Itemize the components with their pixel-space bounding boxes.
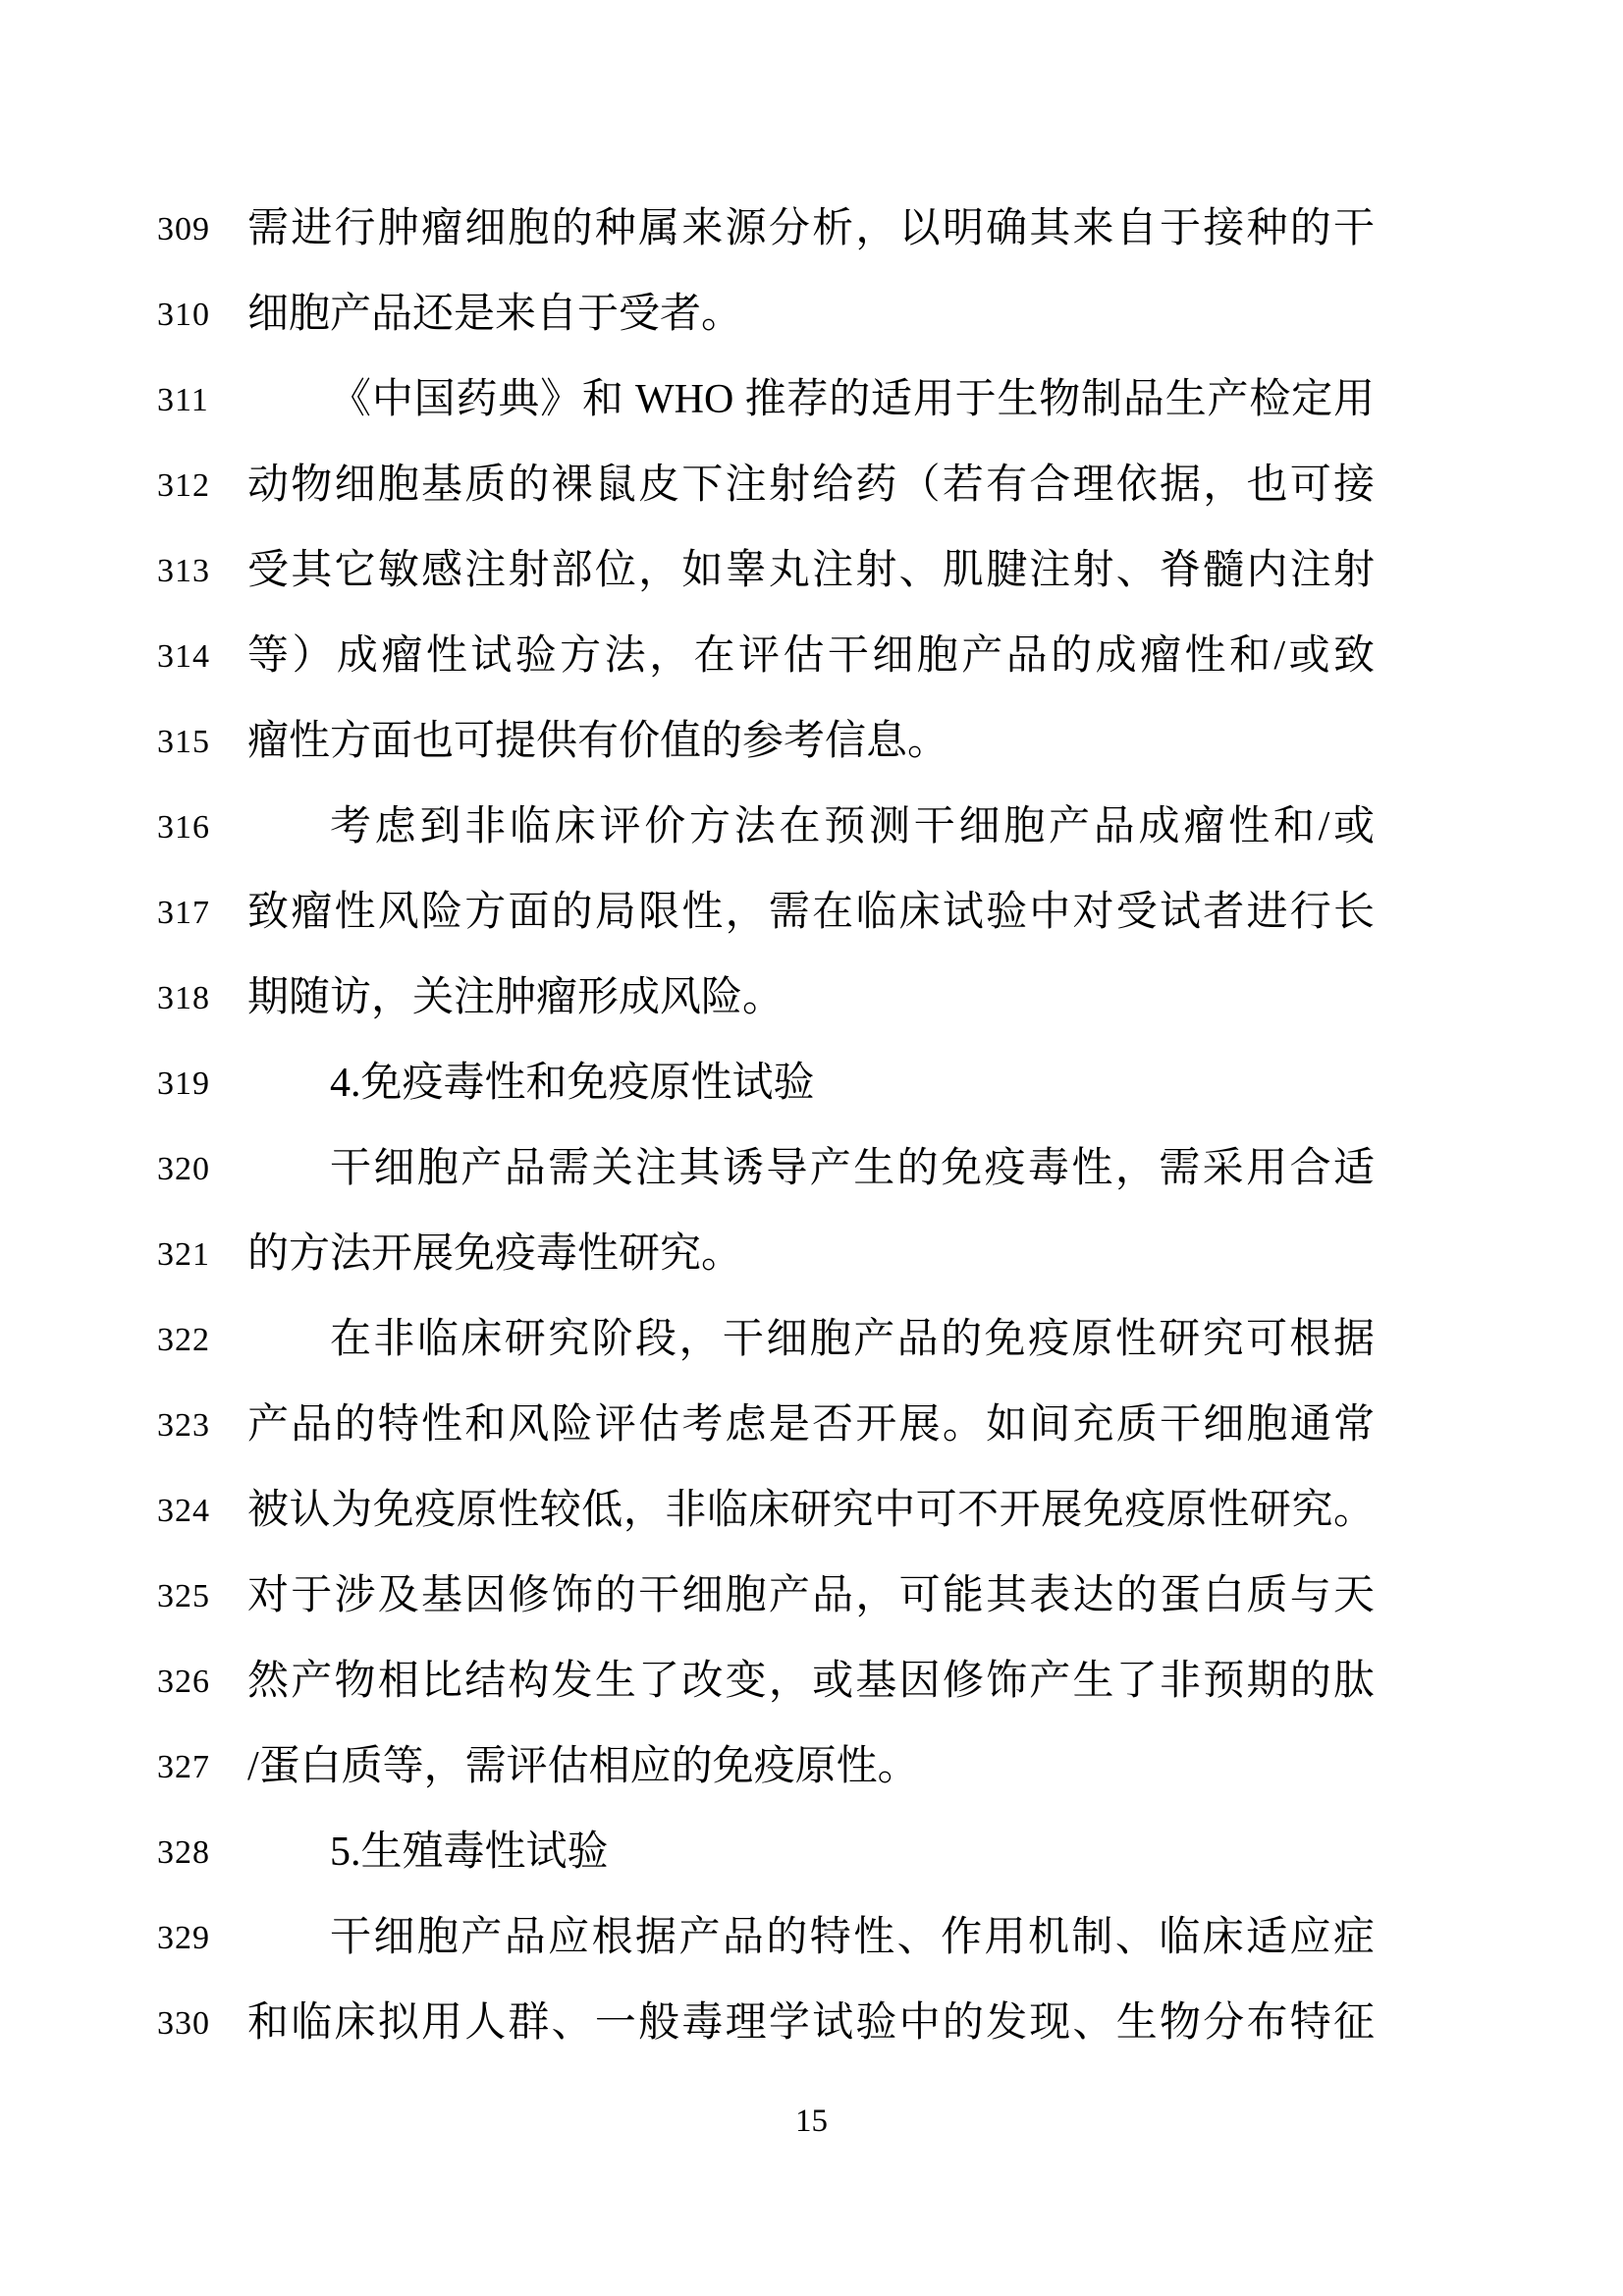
line-text: 干细胞产品需关注其诱导产生的免疫毒性，需采用合适: [247, 1126, 1375, 1212]
line-text: 考虑到非临床评价方法在预测干细胞产品成瘤性和/或: [247, 785, 1375, 870]
document-line: 315 瘤性方面也可提供有价值的参考信息。: [157, 699, 1375, 785]
document-line: 323 产品的特性和风险评估考虑是否开展。如间充质干细胞通常: [157, 1383, 1375, 1468]
section-heading: 5.生殖毒性试验: [247, 1810, 1375, 1895]
line-number: 315: [157, 699, 247, 785]
line-number: 320: [157, 1126, 247, 1212]
line-text: 的方法开展免疫毒性研究。: [247, 1212, 1375, 1297]
line-text: 和临床拟用人群、一般毒理学试验中的发现、生物分布特征: [247, 1981, 1375, 2066]
line-text: /蛋白质等，需评估相应的免疫原性。: [247, 1724, 1375, 1810]
line-number: 324: [157, 1468, 247, 1554]
document-line: 320 干细胞产品需关注其诱导产生的免疫毒性，需采用合适: [157, 1126, 1375, 1212]
document-line: 317 致瘤性风险方面的局限性，需在临床试验中对受试者进行长: [157, 870, 1375, 956]
line-text: 干细胞产品应根据产品的特性、作用机制、临床适应症: [247, 1895, 1375, 1981]
line-number: 319: [157, 1041, 247, 1126]
line-number: 326: [157, 1639, 247, 1724]
line-text: 《中国药典》和 WHO 推荐的适用于生物制品生产检定用: [247, 357, 1375, 443]
line-number: 317: [157, 870, 247, 956]
document-line: 313 受其它敏感注射部位，如睾丸注射、肌腱注射、脊髓内注射: [157, 528, 1375, 614]
document-line: 314 等）成瘤性试验方法，在评估干细胞产品的成瘤性和/或致: [157, 614, 1375, 699]
document-line: 312 动物细胞基质的裸鼠皮下注射给药（若有合理依据，也可接: [157, 443, 1375, 528]
line-text: 受其它敏感注射部位，如睾丸注射、肌腱注射、脊髓内注射: [247, 528, 1375, 614]
line-number: 309: [157, 187, 247, 272]
document-body: 309 需进行肿瘤细胞的种属来源分析，以明确其来自于接种的干 310 细胞产品还…: [157, 187, 1375, 2066]
document-line: 326 然产物相比结构发生了改变，或基因修饰产生了非预期的肽: [157, 1639, 1375, 1724]
line-number: 323: [157, 1383, 247, 1468]
document-line: 322 在非临床研究阶段，干细胞产品的免疫原性研究可根据: [157, 1297, 1375, 1383]
section-heading: 4.免疫毒性和免疫原性试验: [247, 1041, 1375, 1126]
line-number: 318: [157, 956, 247, 1041]
line-text: 等）成瘤性试验方法，在评估干细胞产品的成瘤性和/或致: [247, 614, 1375, 699]
document-line: 309 需进行肿瘤细胞的种属来源分析，以明确其来自于接种的干: [157, 187, 1375, 272]
line-text: 动物细胞基质的裸鼠皮下注射给药（若有合理依据，也可接: [247, 443, 1375, 528]
line-text: 产品的特性和风险评估考虑是否开展。如间充质干细胞通常: [247, 1383, 1375, 1468]
document-line: 319 4.免疫毒性和免疫原性试验: [157, 1041, 1375, 1126]
line-text: 被认为免疫原性较低，非临床研究中可不开展免疫原性研究。: [247, 1468, 1375, 1554]
document-line: 321 的方法开展免疫毒性研究。: [157, 1212, 1375, 1297]
document-line: 325 对于涉及基因修饰的干细胞产品，可能其表达的蛋白质与天: [157, 1554, 1375, 1639]
document-line: 311 《中国药典》和 WHO 推荐的适用于生物制品生产检定用: [157, 357, 1375, 443]
line-number: 325: [157, 1554, 247, 1639]
document-line: 330 和临床拟用人群、一般毒理学试验中的发现、生物分布特征: [157, 1981, 1375, 2066]
document-line: 316 考虑到非临床评价方法在预测干细胞产品成瘤性和/或: [157, 785, 1375, 870]
line-number: 322: [157, 1297, 247, 1383]
line-text: 需进行肿瘤细胞的种属来源分析，以明确其来自于接种的干: [247, 187, 1375, 272]
line-text: 然产物相比结构发生了改变，或基因修饰产生了非预期的肽: [247, 1639, 1375, 1724]
line-number: 327: [157, 1724, 247, 1810]
document-line: 327 /蛋白质等，需评估相应的免疫原性。: [157, 1724, 1375, 1810]
line-text: 细胞产品还是来自于受者。: [247, 272, 1375, 357]
line-text: 对于涉及基因修饰的干细胞产品，可能其表达的蛋白质与天: [247, 1554, 1375, 1639]
line-number: 310: [157, 272, 247, 357]
document-line: 329 干细胞产品应根据产品的特性、作用机制、临床适应症: [157, 1895, 1375, 1981]
document-line: 328 5.生殖毒性试验: [157, 1810, 1375, 1895]
document-page: 309 需进行肿瘤细胞的种属来源分析，以明确其来自于接种的干 310 细胞产品还…: [0, 0, 1623, 2296]
line-number: 312: [157, 443, 247, 528]
line-number: 316: [157, 785, 247, 870]
page-number: 15: [0, 2102, 1623, 2141]
line-number: 311: [157, 357, 247, 443]
line-text: 在非临床研究阶段，干细胞产品的免疫原性研究可根据: [247, 1297, 1375, 1383]
line-text: 期随访，关注肿瘤形成风险。: [247, 956, 1375, 1041]
line-number: 321: [157, 1212, 247, 1297]
document-line: 318 期随访，关注肿瘤形成风险。: [157, 956, 1375, 1041]
line-number: 330: [157, 1981, 247, 2066]
line-number: 313: [157, 528, 247, 614]
document-line: 310 细胞产品还是来自于受者。: [157, 272, 1375, 357]
document-line: 324 被认为免疫原性较低，非临床研究中可不开展免疫原性研究。: [157, 1468, 1375, 1554]
line-number: 329: [157, 1895, 247, 1981]
line-text: 瘤性方面也可提供有价值的参考信息。: [247, 699, 1375, 785]
line-number: 314: [157, 614, 247, 699]
line-text: 致瘤性风险方面的局限性，需在临床试验中对受试者进行长: [247, 870, 1375, 956]
line-number: 328: [157, 1810, 247, 1895]
